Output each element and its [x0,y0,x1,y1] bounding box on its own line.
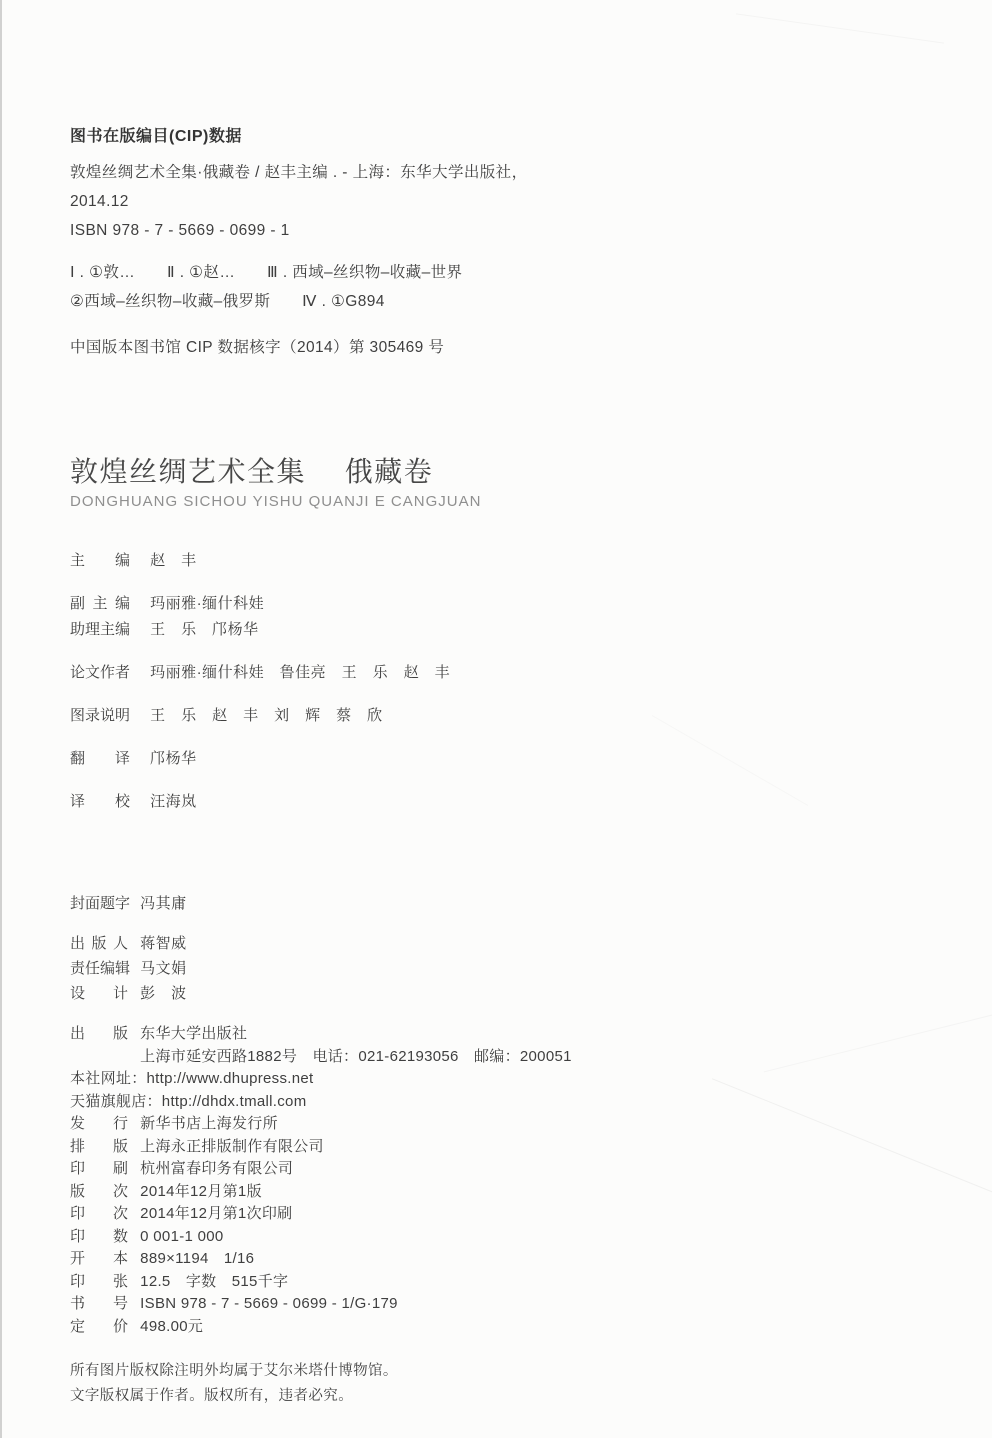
credits-block: 主编 赵 丰 副主编 玛丽雅·缅什科娃 助理主编 王 乐 邝杨华 论文作者 玛丽… [70,548,932,815]
publishing-label: 排版 [70,1136,128,1159]
copyright-block: 所有图片版权除注明外均属于艾尔米塔什博物馆。 文字版权属于作者。版权所有，违者必… [70,1359,932,1409]
staff-row-responsible-editor: 责任编辑 马文娟 [70,956,932,981]
credit-label: 译校 [70,789,130,815]
credit-label: 主编 [70,548,130,574]
cip-block: 图书在版编目(CIP)数据 敦煌丝绸艺术全集·俄藏卷 / 赵丰主编 . - 上海… [70,126,932,359]
cip-class-line: ②西域–丝织物–收藏–俄罗斯 Ⅳ . ①G894 [70,287,932,316]
publisher-website-line: 本社网址：http://www.dhupress.net [70,1068,932,1091]
publishing-row-edition: 版次 2014年12月第1版 [70,1181,932,1204]
publishing-row-sheets: 印张 12.5 字数 515千字 [70,1271,932,1294]
publishing-row-isbn: 书号 ISBN 978 - 7 - 5669 - 0699 - 1/G·179 [70,1293,932,1316]
cip-record-number: 中国版本图书馆 CIP 数据核字（2014）第 305469 号 [70,337,932,359]
book-title: 敦煌丝绸艺术全集 俄藏卷 [70,455,932,489]
staff-label: 责任编辑 [70,956,128,981]
publishing-value: 上海永正排版制作有限公司 [140,1136,324,1159]
staff-value: 彭 波 [140,981,187,1006]
credit-row-translator: 翻译 邝杨华 [70,746,932,772]
publishing-label: 印张 [70,1271,128,1294]
publishing-value: 498.00元 [140,1316,203,1339]
publishing-label: 印次 [70,1203,128,1226]
publishing-row-print-run: 印数 0 001-1 000 [70,1226,932,1249]
publishing-label: 印数 [70,1226,128,1249]
cip-description: 敦煌丝绸艺术全集·俄藏卷 / 赵丰主编 . - 上海：东华大学出版社， 2014… [70,158,932,245]
credit-label: 副主编 [70,591,130,617]
publishing-block: 出版 东华大学出版社 上海市延安西路1882号 电话：021-62193056 … [70,1023,932,1338]
staff-label: 设计 [70,981,128,1006]
publishing-value: 0 001-1 000 [140,1226,223,1249]
colophon-page: 图书在版编目(CIP)数据 敦煌丝绸艺术全集·俄藏卷 / 赵丰主编 . - 上海… [0,0,992,1438]
publishing-row-printing: 印刷 杭州富春印务有限公司 [70,1158,932,1181]
copyright-line-text: 文字版权属于作者。版权所有，违者必究。 [70,1384,932,1409]
credit-value: 玛丽雅·缅什科娃 鲁佳亮 王 乐 赵 丰 [150,660,450,686]
credit-row-catalogue-notes: 图录说明 王 乐 赵 丰 刘 辉 蔡 欣 [70,703,932,729]
credit-row-essay-authors: 论文作者 玛丽雅·缅什科娃 鲁佳亮 王 乐 赵 丰 [70,660,932,686]
publishing-label: 定价 [70,1316,128,1339]
credit-value: 玛丽雅·缅什科娃 [150,591,264,617]
publishing-value: 新华书店上海发行所 [140,1113,278,1136]
publishing-label: 书号 [70,1293,128,1316]
credit-label: 翻译 [70,746,130,772]
scan-crease [736,13,944,43]
credit-label: 助理主编 [70,617,130,643]
publishing-label: 开本 [70,1248,128,1271]
publishing-row-impression: 印次 2014年12月第1次印刷 [70,1203,932,1226]
publishing-label: 出版 [70,1023,128,1046]
staff-label: 封面题字 [70,891,128,916]
staff-block: 封面题字 冯其庸 出版人 蒋智威 责任编辑 马文娟 设计 彭 波 [70,891,932,1006]
copyright-line-images: 所有图片版权除注明外均属于艾尔米塔什博物馆。 [70,1359,932,1384]
cip-heading: 图书在版编目(CIP)数据 [70,126,932,148]
publishing-value: 2014年12月第1版 [140,1181,262,1204]
staff-label: 出版人 [70,931,128,956]
credit-row-chief-editor: 主编 赵 丰 [70,548,932,574]
cip-line: 2014.12 [70,187,932,216]
publishing-row-price: 定价 498.00元 [70,1316,932,1339]
publishing-row-typesetting: 排版 上海永正排版制作有限公司 [70,1136,932,1159]
staff-row-publisher-person: 出版人 蒋智威 [70,931,932,956]
credit-label: 论文作者 [70,660,130,686]
staff-value: 蒋智威 [140,931,187,956]
publishing-label: 印刷 [70,1158,128,1181]
publishing-value: 889×1194 1/16 [140,1248,254,1271]
credit-label: 图录说明 [70,703,130,729]
cip-line: 敦煌丝绸艺术全集·俄藏卷 / 赵丰主编 . - 上海：东华大学出版社， [70,158,932,187]
scan-edge [0,0,2,1438]
publishing-value: ISBN 978 - 7 - 5669 - 0699 - 1/G·179 [140,1293,398,1316]
staff-value: 冯其庸 [140,891,187,916]
publishing-label: 版次 [70,1181,128,1204]
staff-row-designer: 设计 彭 波 [70,981,932,1006]
publishing-row-address: 上海市延安西路1882号 电话：021-62193056 邮编：200051 [70,1046,932,1069]
credit-value: 王 乐 邝杨华 [150,617,259,643]
publishing-value: 12.5 字数 515千字 [140,1271,288,1294]
publishing-value: 2014年12月第1次印刷 [140,1203,292,1226]
cip-classification: Ⅰ . ①敦… Ⅱ . ①赵… Ⅲ . 西域–丝织物–收藏–世界 ②西域–丝织物… [70,258,932,316]
credit-row-assistant-editor: 助理主编 王 乐 邝杨华 [70,617,932,643]
publisher-tmall-line: 天猫旗舰店：http://dhdx.tmall.com [70,1091,932,1114]
staff-row-cover-calligraphy: 封面题字 冯其庸 [70,891,932,916]
publishing-value: 杭州富春印务有限公司 [140,1158,293,1181]
cip-class-line: Ⅰ . ①敦… Ⅱ . ①赵… Ⅲ . 西域–丝织物–收藏–世界 [70,258,932,287]
credit-value: 汪海岚 [150,789,197,815]
credit-value: 王 乐 赵 丰 刘 辉 蔡 欣 [150,703,383,729]
publishing-row-distribution: 发行 新华书店上海发行所 [70,1113,932,1136]
staff-value: 马文娟 [140,956,187,981]
publishing-value: 东华大学出版社 [140,1023,247,1046]
publishing-label: 发行 [70,1113,128,1136]
credit-row-deputy-editor: 副主编 玛丽雅·缅什科娃 [70,591,932,617]
publishing-row-format: 开本 889×1194 1/16 [70,1248,932,1271]
credit-value: 赵 丰 [150,548,197,574]
publishing-row-publisher: 出版 东华大学出版社 [70,1023,932,1046]
credit-value: 邝杨华 [150,746,197,772]
book-title-pinyin: DONGHUANG SICHOU YISHU QUANJI E CANGJUAN [70,492,932,512]
publisher-address: 上海市延安西路1882号 电话：021-62193056 邮编：200051 [140,1046,572,1069]
cip-line: ISBN 978 - 7 - 5669 - 0699 - 1 [70,216,932,245]
